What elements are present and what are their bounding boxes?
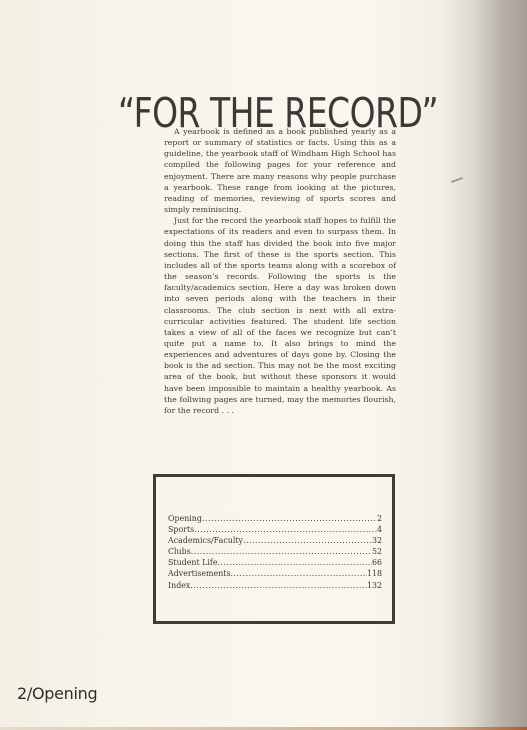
- table-of-contents-box: Opening 2 Sports 4 Academics/Faculty 32 …: [153, 474, 395, 624]
- toc-page-number: 4: [377, 524, 382, 535]
- page-folio: 2/Opening: [17, 684, 97, 703]
- intro-paragraph: A yearbook is defined as a book publishe…: [164, 126, 396, 215]
- table-of-contents: Opening 2 Sports 4 Academics/Faculty 32 …: [168, 513, 382, 591]
- toc-label: Clubs: [168, 546, 191, 557]
- intro-paragraph: Just for the record the yearbook staff h…: [164, 215, 396, 416]
- toc-leader-dots: [202, 513, 377, 524]
- toc-page-number: 32: [372, 535, 382, 546]
- toc-page-number: 2: [377, 513, 382, 524]
- toc-page-number: 52: [372, 546, 382, 557]
- toc-leader-dots: [231, 568, 367, 579]
- toc-page-number: 66: [372, 557, 382, 568]
- toc-label: Sports: [168, 524, 194, 535]
- toc-entry: Student Life 66: [168, 557, 382, 568]
- toc-page-number: 118: [367, 568, 382, 579]
- toc-leader-dots: [218, 557, 372, 568]
- toc-entry: Index 132: [168, 580, 382, 591]
- toc-leader-dots: [194, 524, 377, 535]
- toc-leader-dots: [190, 580, 367, 591]
- toc-entry: Advertisements 118: [168, 568, 382, 579]
- toc-leader-dots: [243, 535, 372, 546]
- toc-label: Advertisements: [168, 568, 231, 579]
- toc-entry: Opening 2: [168, 513, 382, 524]
- yearbook-page: “FOR THE RECORD” A yearbook is defined a…: [0, 0, 527, 730]
- toc-entry: Clubs 52: [168, 546, 382, 557]
- pencil-mark: [451, 177, 463, 183]
- toc-entry: Academics/Faculty 32: [168, 535, 382, 546]
- intro-text: A yearbook is defined as a book publishe…: [164, 126, 396, 416]
- toc-leader-dots: [191, 546, 372, 557]
- toc-label: Student Life: [168, 557, 218, 568]
- toc-label: Academics/Faculty: [168, 535, 243, 546]
- toc-label: Opening: [168, 513, 202, 524]
- toc-label: Index: [168, 580, 190, 591]
- toc-entry: Sports 4: [168, 524, 382, 535]
- toc-page-number: 132: [367, 580, 382, 591]
